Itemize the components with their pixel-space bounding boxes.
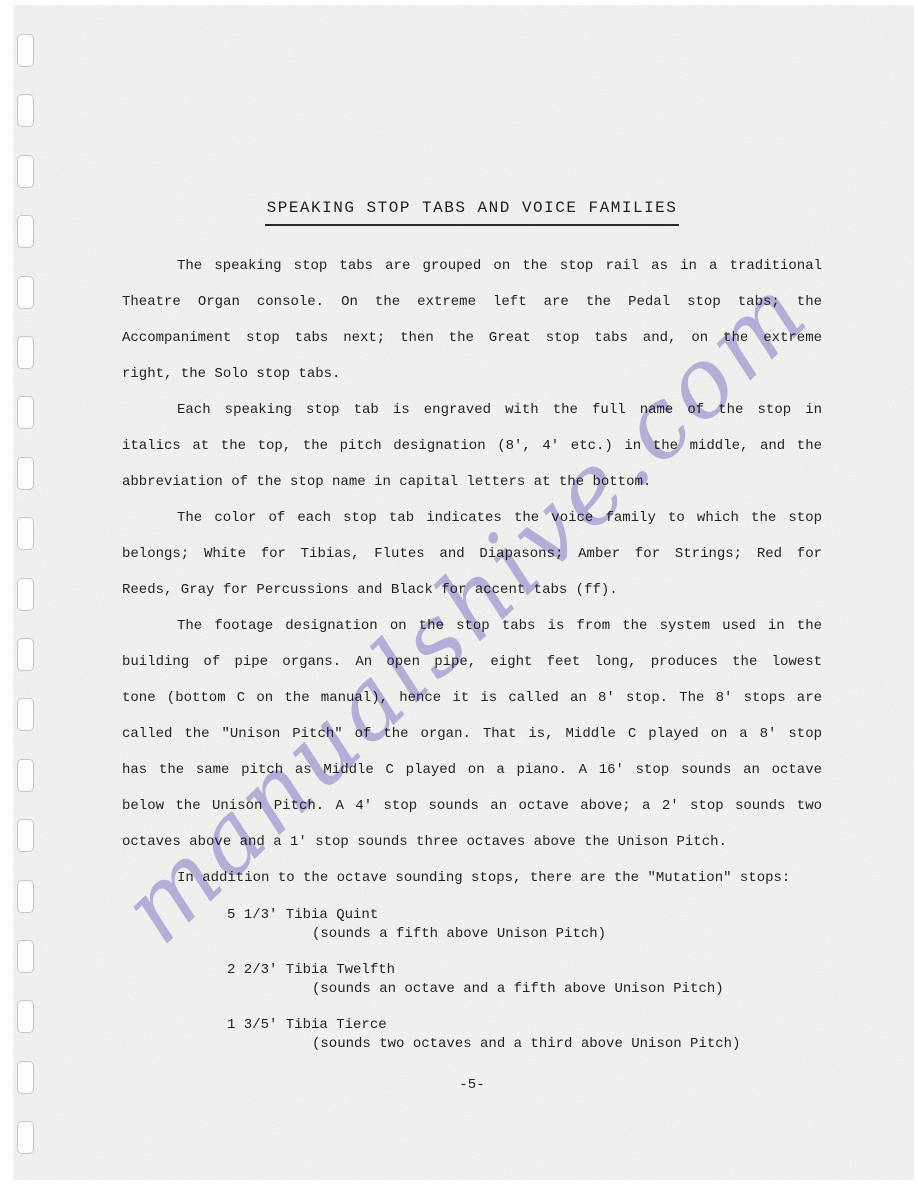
binding-hole: [17, 34, 34, 67]
binding-hole: [17, 1121, 34, 1154]
paragraphs: The speaking stop tabs are grouped on th…: [122, 248, 822, 896]
text-line: The speaking stop tabs are grouped on th…: [122, 248, 822, 284]
paragraph: The footage designation on the stop tabs…: [122, 608, 822, 860]
paragraph: The color of each stop tab indicates the…: [122, 500, 822, 608]
text-line: belongs; White for Tibias, Flutes and Di…: [122, 536, 822, 572]
binding-hole: [17, 94, 34, 127]
stop-name: 5 1/3' Tibia Quint: [122, 906, 822, 925]
page-title: SPEAKING STOP TABS AND VOICE FAMILIES: [265, 198, 680, 226]
paragraph: Each speaking stop tab is engraved with …: [122, 392, 822, 500]
text-line: Theatre Organ console. On the extreme le…: [122, 284, 822, 320]
binding-hole: [17, 819, 34, 852]
binding-hole: [17, 276, 34, 309]
paragraph: The speaking stop tabs are grouped on th…: [122, 248, 822, 392]
binding-hole: [17, 336, 34, 369]
binding-hole: [17, 940, 34, 973]
binding-hole: [17, 578, 34, 611]
list-item: 5 1/3' Tibia Quint(sounds a fifth above …: [122, 906, 822, 944]
binding-hole: [17, 517, 34, 550]
text-line: The footage designation on the stop tabs…: [122, 608, 822, 644]
paragraph: In addition to the octave sounding stops…: [122, 860, 822, 896]
text-line: tone (bottom C on the manual), hence it …: [122, 680, 822, 716]
text-line: italics at the top, the pitch designatio…: [122, 428, 822, 464]
binding-hole: [17, 155, 34, 188]
stop-name: 1 3/5' Tibia Tierce: [122, 1016, 822, 1035]
text-line: octaves above and a 1' stop sounds three…: [122, 824, 822, 860]
title-row: SPEAKING STOP TABS AND VOICE FAMILIES: [122, 198, 822, 226]
stop-description: (sounds a fifth above Unison Pitch): [122, 925, 822, 944]
text-line: below the Unison Pitch. A 4' stop sounds…: [122, 788, 822, 824]
list-item: 1 3/5' Tibia Tierce(sounds two octaves a…: [122, 1016, 822, 1054]
text-line: building of pipe organs. An open pipe, e…: [122, 644, 822, 680]
binding-hole: [17, 759, 34, 792]
binding-hole: [17, 698, 34, 731]
page-number: -5-: [122, 1076, 822, 1094]
text-line: has the same pitch as Middle C played on…: [122, 752, 822, 788]
stop-description: (sounds two octaves and a third above Un…: [122, 1035, 822, 1054]
document-body: SPEAKING STOP TABS AND VOICE FAMILIES Th…: [122, 198, 822, 1094]
mutation-stops-list: 5 1/3' Tibia Quint(sounds a fifth above …: [122, 906, 822, 1054]
binding-hole: [17, 880, 34, 913]
text-line: Each speaking stop tab is engraved with …: [122, 392, 822, 428]
binding-hole: [17, 396, 34, 429]
binding-hole: [17, 457, 34, 490]
text-line: Accompaniment stop tabs next; then the G…: [122, 320, 822, 356]
binding-hole: [17, 638, 34, 671]
binding-hole: [17, 1061, 34, 1094]
text-line: The color of each stop tab indicates the…: [122, 500, 822, 536]
binding-hole: [17, 215, 34, 248]
text-line: abbreviation of the stop name in capital…: [122, 464, 822, 500]
stop-description: (sounds an octave and a fifth above Unis…: [122, 980, 822, 999]
text-line: right, the Solo stop tabs.: [122, 356, 822, 392]
stop-name: 2 2/3' Tibia Twelfth: [122, 961, 822, 980]
list-item: 2 2/3' Tibia Twelfth(sounds an octave an…: [122, 961, 822, 999]
text-line: In addition to the octave sounding stops…: [122, 860, 822, 896]
binding-hole: [17, 1000, 34, 1033]
text-line: Reeds, Gray for Percussions and Black fo…: [122, 572, 822, 608]
text-line: called the "Unison Pitch" of the organ. …: [122, 716, 822, 752]
